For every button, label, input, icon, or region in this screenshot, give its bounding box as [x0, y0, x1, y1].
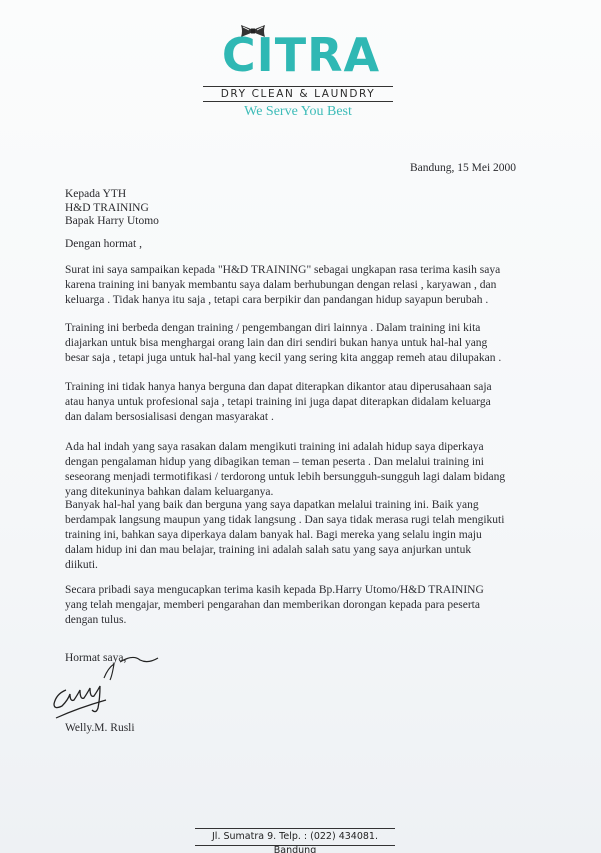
- letterhead-rule-bottom: [203, 101, 393, 102]
- footer-text: Jl. Sumatra 9. Telp. : (022) 434081. Ban…: [195, 830, 395, 853]
- body-paragraph: Training ini berbeda dengan training / p…: [65, 321, 565, 366]
- signature-icon: [48, 650, 168, 720]
- body-paragraph: Ada hal indah yang saya rasakan dalam me…: [65, 440, 565, 500]
- recipient-block: Kepada YTH H&D TRAINING Bapak Harry Utom…: [65, 188, 159, 229]
- brand-motto: We Serve You Best: [203, 104, 393, 120]
- footer-address: Jl. Sumatra 9. Telp. : (022) 434081. Ban…: [195, 828, 395, 848]
- body-paragraph: Surat ini saya sampaikan kepada "H&D TRA…: [65, 263, 565, 308]
- body-paragraph: Secara pribadi saya mengucapkan terima k…: [65, 583, 565, 628]
- body-paragraph: Banyak hal-hal yang baik dan berguna yan…: [65, 498, 565, 573]
- body-paragraph: Training ini tidak hanya hanya berguna d…: [65, 380, 565, 425]
- salutation: Dengan hormat ,: [65, 238, 142, 250]
- letterhead: CITRA DRY CLEAN & LAUNDRY We Serve You B…: [200, 24, 400, 124]
- signer-name: Welly.M. Rusli: [65, 722, 135, 734]
- recipient-line: H&D TRAINING: [65, 202, 159, 216]
- brand-subtitle: DRY CLEAN & LAUNDRY: [203, 87, 393, 101]
- brand-logo: CITRA: [203, 30, 399, 80]
- recipient-line: Bapak Harry Utomo: [65, 215, 159, 229]
- letter-page: CITRA DRY CLEAN & LAUNDRY We Serve You B…: [0, 0, 601, 853]
- footer-rule-bottom: [195, 845, 395, 846]
- letter-date: Bandung, 15 Mei 2000: [410, 162, 516, 174]
- footer-rule-top: [195, 828, 395, 829]
- recipient-line: Kepada YTH: [65, 188, 159, 202]
